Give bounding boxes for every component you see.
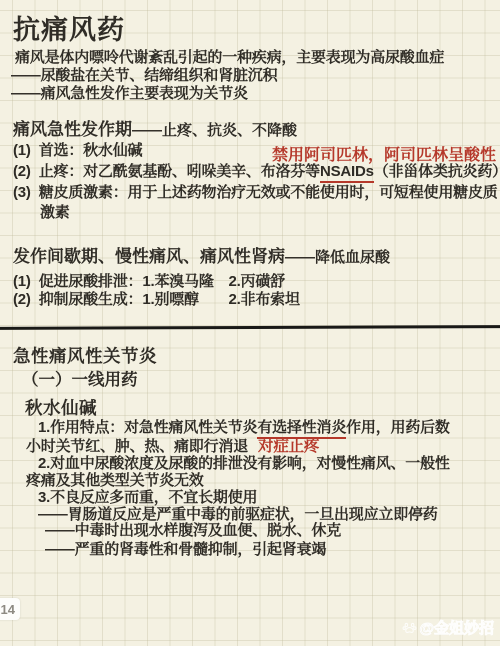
section-heading-acute: 痛风急性发作期——止疼、抗炎、不降酸	[13, 115, 297, 140]
note-text: 作用，用药后数	[346, 419, 450, 436]
section-heading-bold: 发作间歇期、慢性痛风、痛风性肾病	[13, 247, 285, 266]
list-item-number: (2)	[13, 291, 31, 308]
underlined-term-nsaids: NSAIDs	[320, 163, 374, 183]
list-item-text: 抑制尿酸生成：1.别嘌醇 2.非布索坦	[39, 291, 300, 308]
section-heading-rest: ——降低血尿酸	[285, 249, 390, 266]
list-item: (1)首选：秋水仙碱	[13, 139, 142, 160]
section-divider	[0, 325, 500, 330]
list-item: (3)糖皮质激素：用于上述药物治疗无效或不能使用时，可短程使用糖皮质	[13, 181, 498, 202]
list-item-text: 首选：秋水仙碱	[39, 142, 143, 159]
notes-page: 抗痛风药 痛风是体内嘌呤代谢紊乱引起的一种疾病，主要表现为高尿酸血症 ——尿酸盐…	[0, 0, 500, 646]
note-dash-line: ——中毒时出现水样腹泻及血便、脱水、休克	[45, 519, 341, 540]
list-item-text: 糖皮质激素：用于上述药物治疗无效或不能使用时，可短程使用糖皮质	[39, 184, 498, 201]
subsection-first-line-drugs: （一）一线用药	[22, 366, 138, 390]
list-item-number: (2)	[13, 163, 31, 180]
note-dash-line: ——严重的肾毒性和骨髓抑制，引起肾衰竭	[45, 538, 326, 559]
watermark-text: @金姐妙招	[419, 617, 494, 638]
section-heading-interictal: 发作间歇期、慢性痛风、痛风性肾病——降低血尿酸	[13, 242, 390, 267]
list-item: (2)止疼：对乙酰氨基酚、吲哚美辛、布洛芬等NSAIDs（非甾体类抗炎药）	[13, 160, 500, 181]
paw-icon	[402, 620, 417, 635]
watermark: @金姐妙招	[402, 617, 494, 638]
page-number: 14	[1, 602, 15, 617]
section-title-arthritis: 急性痛风性关节炎	[13, 343, 157, 368]
page-title: 抗痛风药	[13, 8, 125, 47]
list-item-number: (1)	[13, 142, 31, 159]
list-item: (2)抑制尿酸生成：1.别嘌醇 2.非布索坦	[13, 288, 300, 309]
list-item-continuation: 激素	[40, 201, 70, 222]
intro-line: ——痛风急性发作主要表现为关节炎	[11, 82, 248, 103]
list-item-text: （非甾体类抗炎药）	[374, 163, 500, 180]
list-item-text: 止疼：对乙酰氨基酚、吲哚美辛、布洛芬等	[39, 163, 320, 180]
page-number-badge: 14	[0, 598, 20, 620]
section-heading-bold: 痛风急性发作期	[13, 120, 132, 139]
list-item-number: (3)	[13, 184, 31, 201]
section-heading-rest: ——止疼、抗炎、不降酸	[132, 122, 297, 139]
